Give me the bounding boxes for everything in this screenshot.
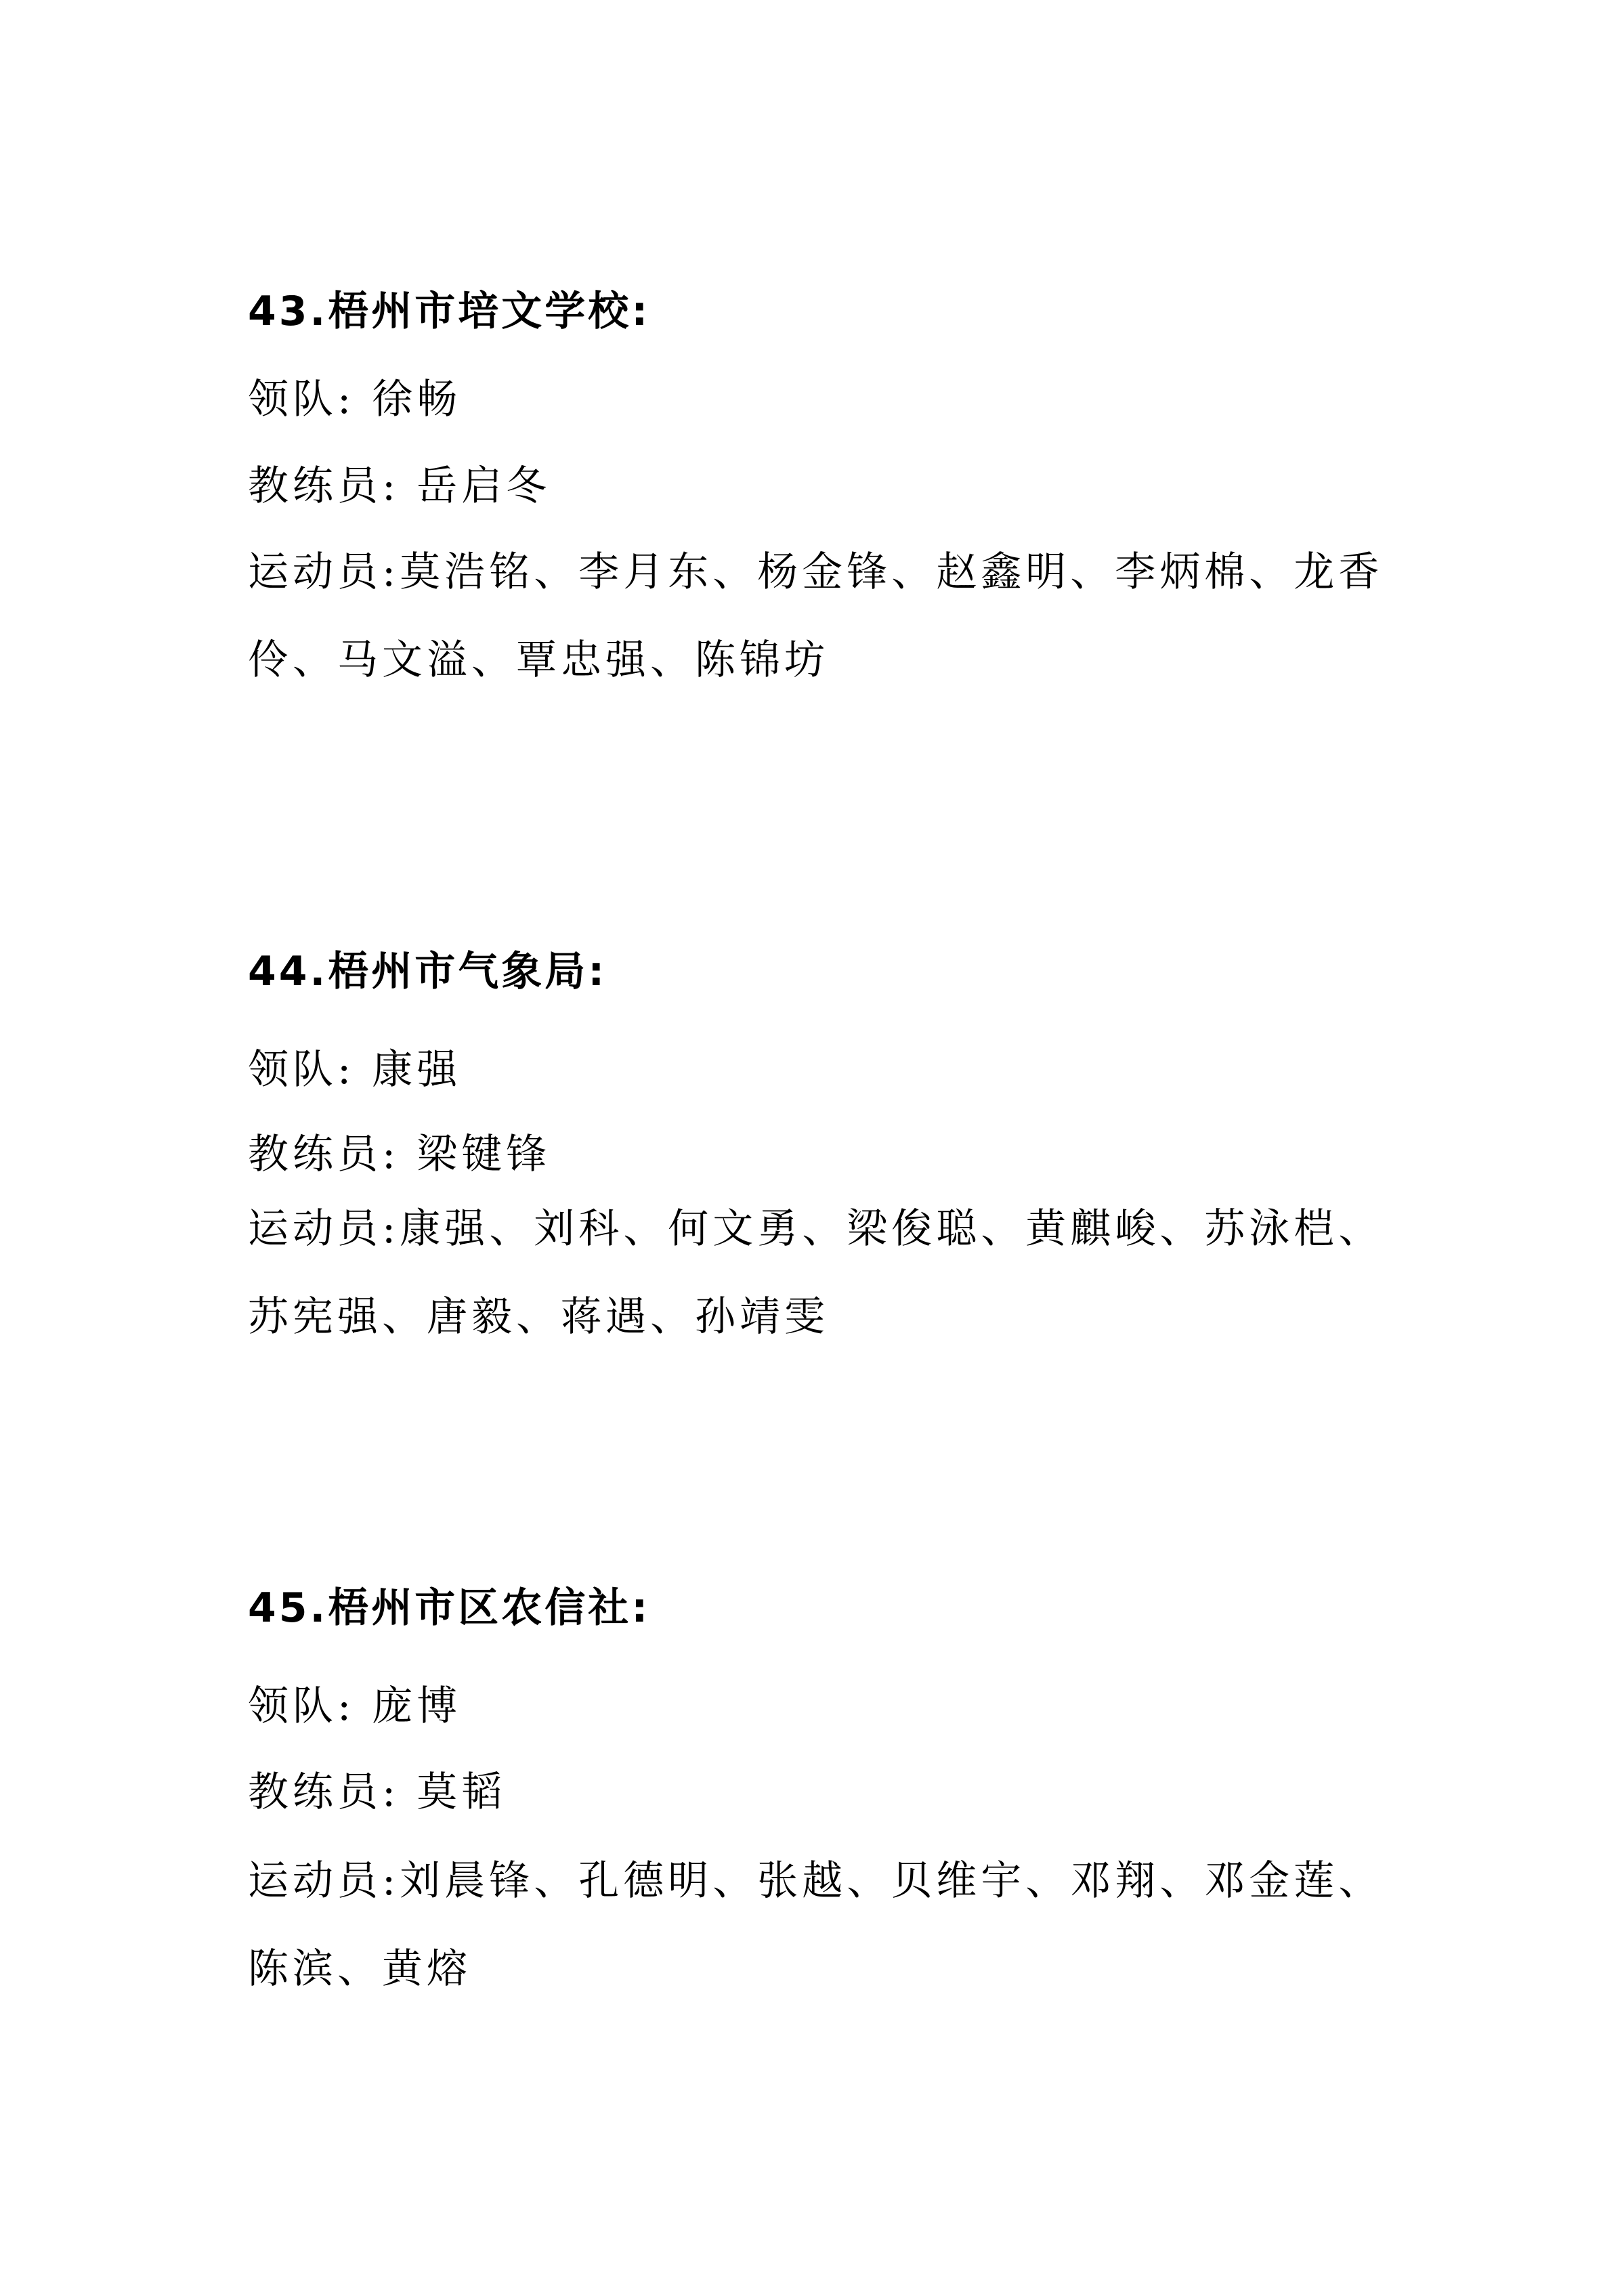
leader-name: 庞博 — [372, 1683, 461, 1730]
athletes-label: 运动员: — [248, 548, 400, 596]
athletes-line-1: 康强、刘科、何文勇、梁俊聪、黄麒峻、苏泳桤、 — [400, 1205, 1383, 1253]
team-section-43: 43.梧州市培文学校: 领队: 徐畅 教练员: 岳启冬 运动员:莫浩铭、李月东、… — [248, 284, 1399, 339]
leader-label: 领队: — [248, 1683, 355, 1730]
coach-label: 教练员: — [248, 1769, 400, 1816]
athletes-block: 运动员:刘晨锋、孔德明、张越、贝维宇、邓翔、邓金莲、 陈滨、黄熔 — [248, 1837, 1399, 2013]
coach-name: 梁键锋 — [416, 1131, 551, 1178]
athletes-line-2: 伶、马文溢、覃忠强、陈锦坊 — [248, 616, 1399, 704]
team-heading: 43.梧州市培文学校: — [248, 284, 1399, 339]
leader-row: 领队: 庞博 — [248, 1679, 461, 1733]
coach-name: 岳启冬 — [416, 462, 551, 510]
coach-row: 教练员: 梁键锋 — [248, 1127, 551, 1182]
leader-name: 康强 — [372, 1046, 461, 1093]
leader-name: 徐畅 — [372, 376, 461, 423]
athletes-line-1: 莫浩铭、李月东、杨金锋、赵鑫明、李炳棉、龙香 — [400, 548, 1383, 596]
team-heading: 44.梧州市气象局: — [248, 945, 1399, 999]
coach-name: 莫韬 — [416, 1769, 506, 1816]
athletes-line-2: 陈滨、黄熔 — [248, 1925, 1399, 2013]
leader-row: 领队: 康强 — [248, 1043, 461, 1097]
athletes-block: 运动员:康强、刘科、何文勇、梁俊聪、黄麒峻、苏泳桤、 苏宪强、唐毅、蒋遇、孙靖雯 — [248, 1185, 1399, 1361]
team-section-44: 44.梧州市气象局: 领队: 康强 教练员: 梁键锋 运动员:康强、刘科、何文勇… — [248, 945, 1399, 999]
coach-row: 教练员: 岳启冬 — [248, 459, 551, 513]
athletes-label: 运动员: — [248, 1857, 400, 1905]
team-heading: 45.梧州市区农信社: — [248, 1581, 1399, 1635]
coach-label: 教练员: — [248, 1131, 400, 1178]
coach-row: 教练员: 莫韬 — [248, 1765, 506, 1819]
coach-label: 教练员: — [248, 462, 400, 510]
athletes-line-2: 苏宪强、唐毅、蒋遇、孙靖雯 — [248, 1273, 1399, 1361]
athletes-line-1: 刘晨锋、孔德明、张越、贝维宇、邓翔、邓金莲、 — [400, 1857, 1383, 1905]
team-section-45: 45.梧州市区农信社: 领队: 庞博 教练员: 莫韬 运动员:刘晨锋、孔德明、张… — [248, 1581, 1399, 1635]
leader-label: 领队: — [248, 376, 355, 423]
leader-label: 领队: — [248, 1046, 355, 1093]
athletes-label: 运动员: — [248, 1205, 400, 1253]
leader-row: 领队: 徐畅 — [248, 372, 461, 427]
athletes-block: 运动员:莫浩铭、李月东、杨金锋、赵鑫明、李炳棉、龙香 伶、马文溢、覃忠强、陈锦坊 — [248, 528, 1399, 704]
